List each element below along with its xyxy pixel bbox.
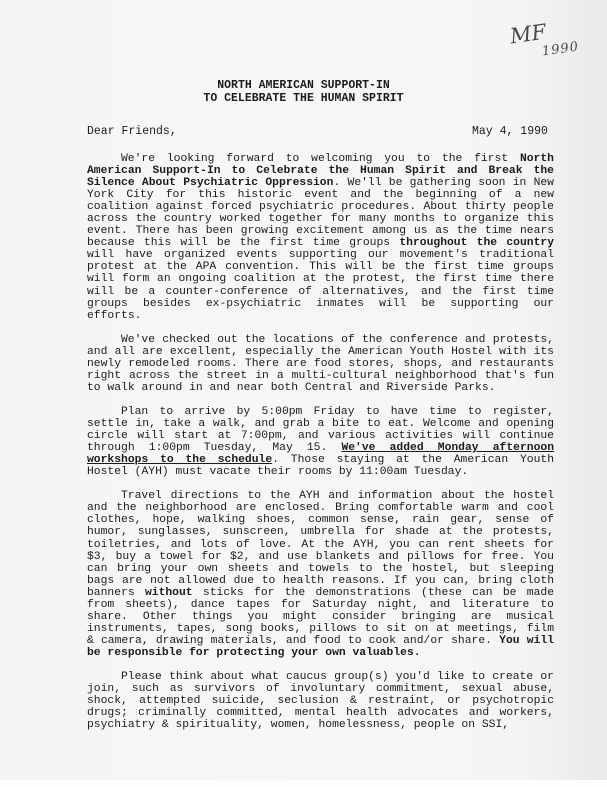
letter-title: NORTH AMERICAN SUPPORT-IN TO CELEBRATE T… [0,80,607,105]
salutation: Dear Friends, [87,125,177,138]
letter-date: May 4, 1990 [472,125,548,138]
paragraph-3: Plan to arrive by 5:00pm Friday to have … [87,406,554,478]
text-run: Travel directions to the AYH and informa… [87,490,554,598]
page-edge [0,780,607,787]
text-run: Please think about what caucus group(s) … [87,671,554,731]
letter-body: We're looking forward to welcoming you t… [87,153,554,743]
bold-emphasis: throughout the country [399,237,554,249]
text-run: We've checked out the locations of the c… [87,334,554,394]
text-run: We're looking forward to welcoming you t… [121,153,520,165]
text-run: will have organized events supporting ou… [87,249,554,321]
paragraph-1: We're looking forward to welcoming you t… [87,153,554,322]
paragraph-2: We've checked out the locations of the c… [87,334,554,394]
paragraph-5: Please think about what caucus group(s) … [87,671,554,731]
bold-emphasis: without [145,587,193,599]
title-line-2: TO CELEBRATE THE HUMAN SPIRIT [0,93,607,106]
title-line-1: NORTH AMERICAN SUPPORT-IN [0,80,607,93]
paragraph-4: Travel directions to the AYH and informa… [87,490,554,659]
